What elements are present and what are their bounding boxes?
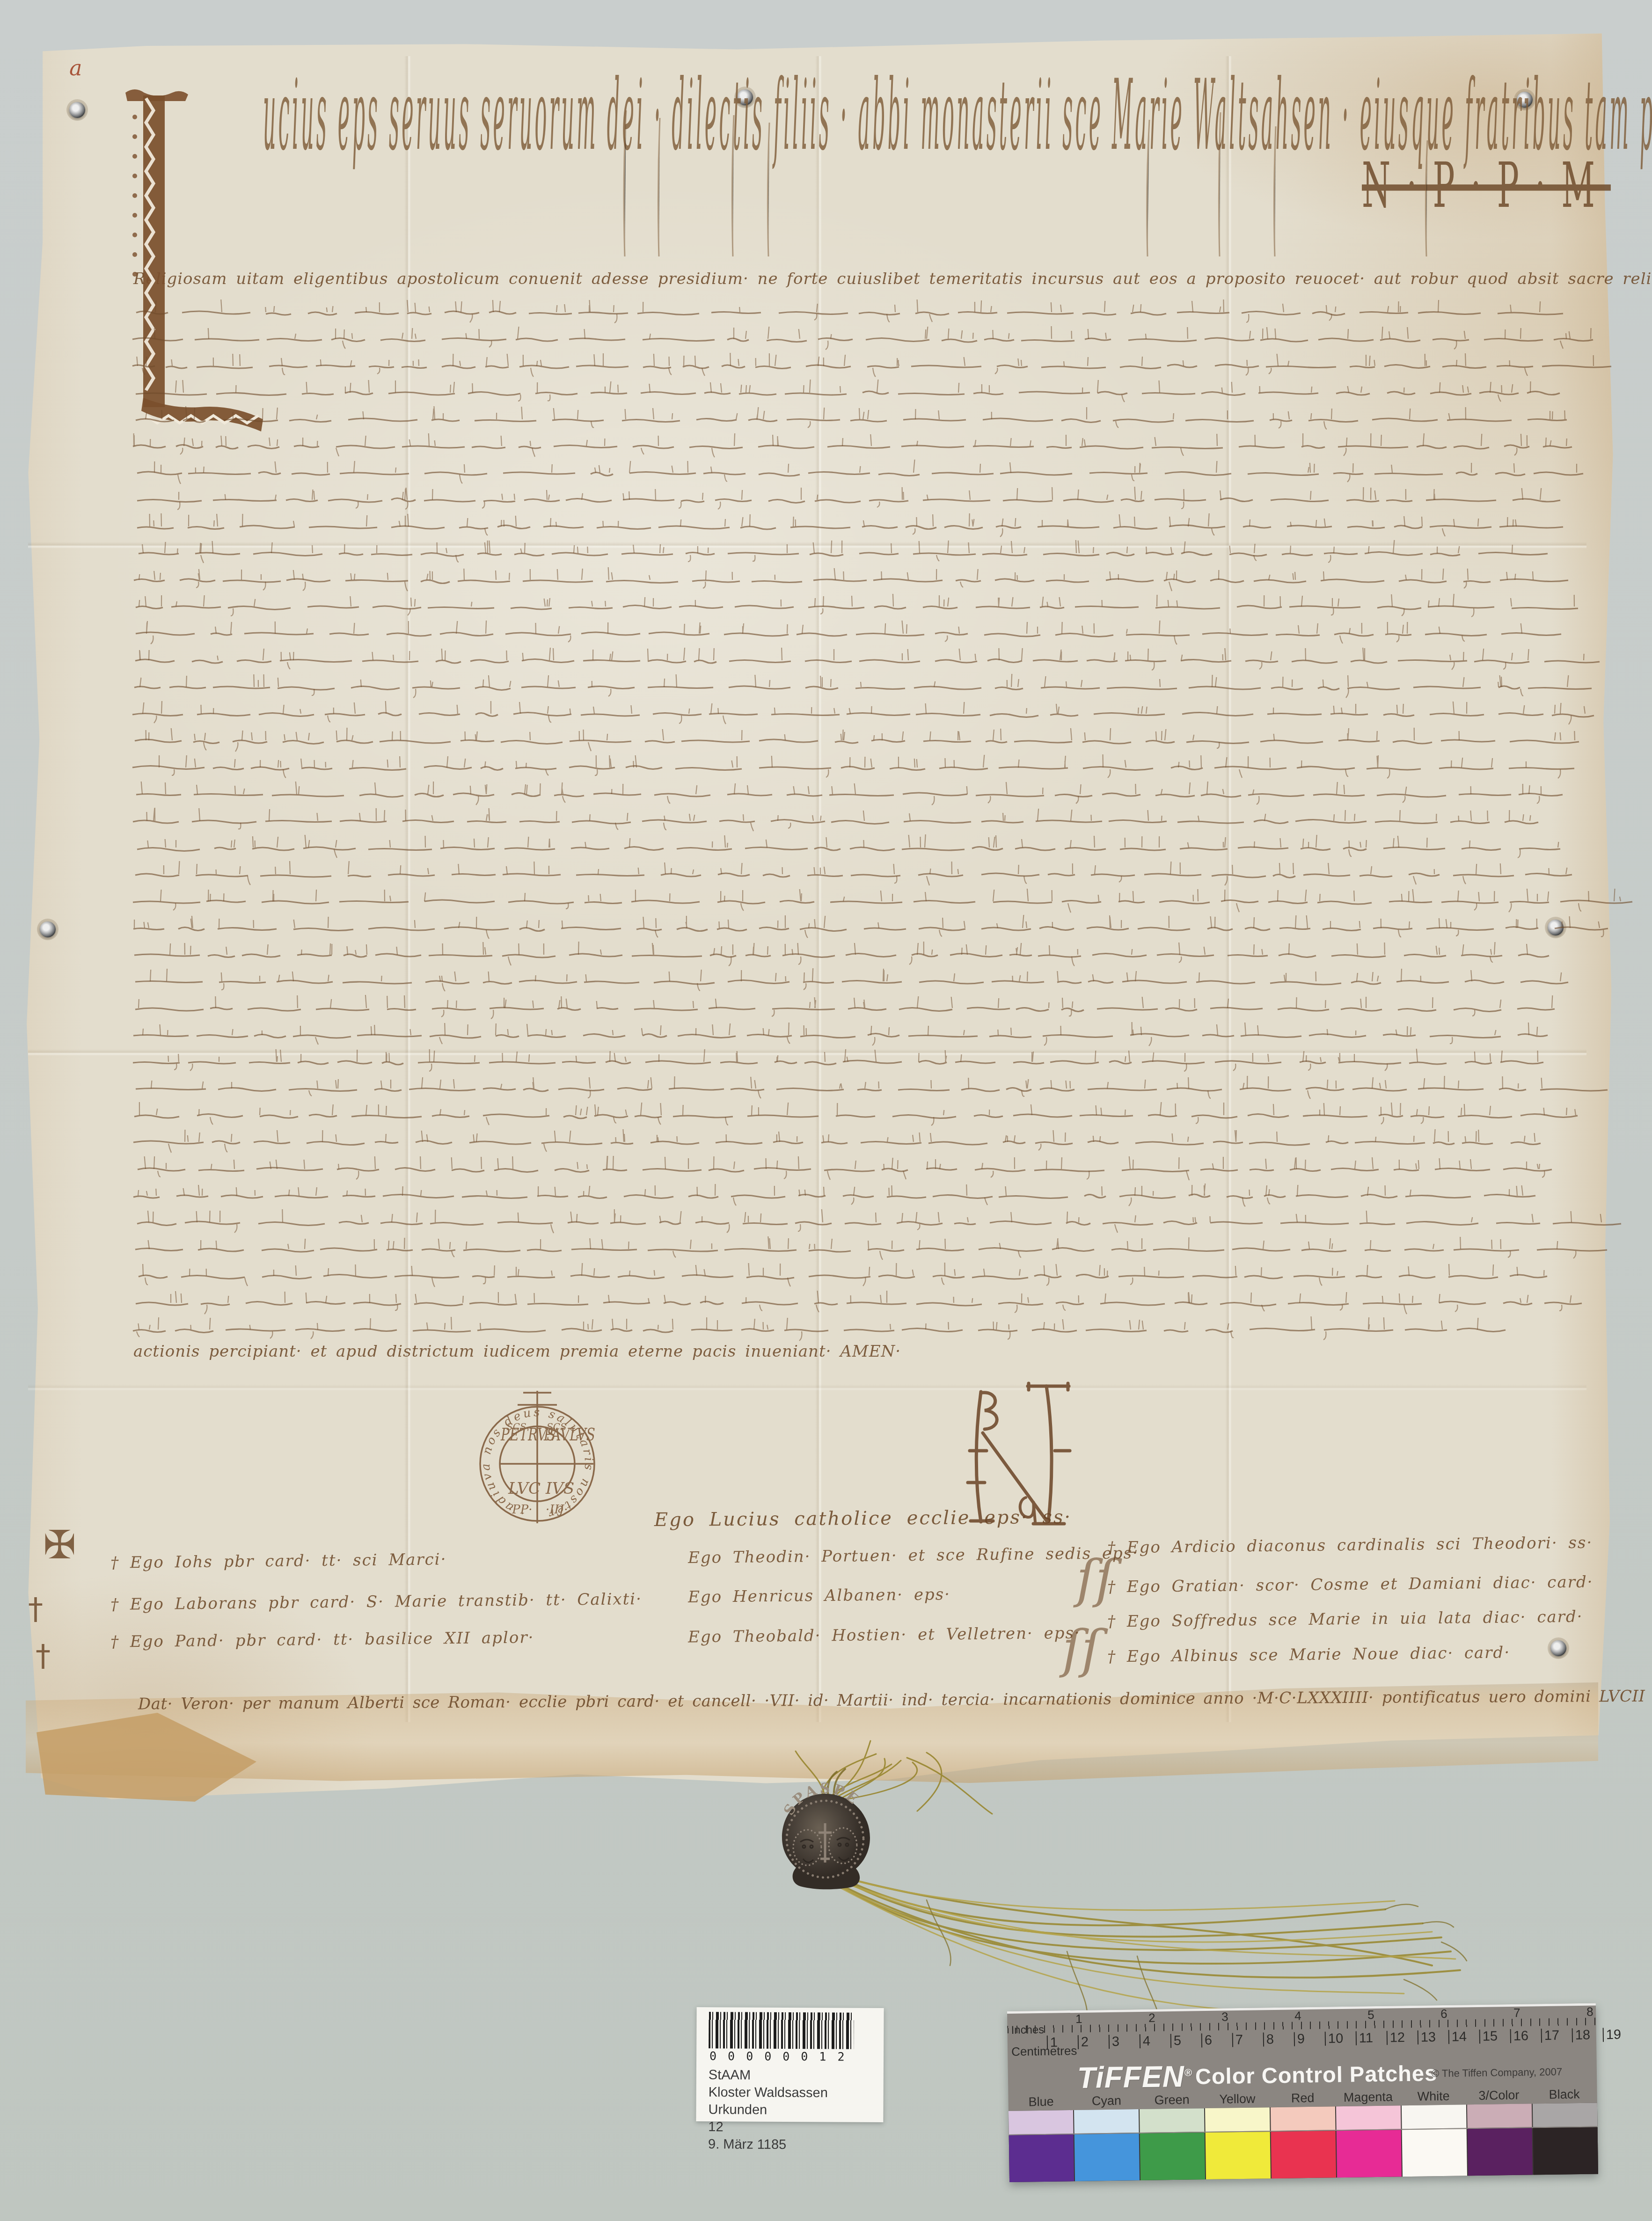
centimetre-number: 8 bbox=[1263, 2032, 1274, 2046]
centimetre-number: 10 bbox=[1325, 2031, 1344, 2046]
centimetre-number: 16 bbox=[1510, 2029, 1529, 2043]
svg-text:SPASPE: SPASPE bbox=[781, 1781, 863, 1819]
inch-number: 7 bbox=[1513, 2006, 1520, 2020]
pope-subscription-line: Ego Lucius catholice ecclie eps· ss· bbox=[654, 1506, 1072, 1531]
archive-label: 00000012 StAAM Kloster Waldsassen Urkund… bbox=[696, 2007, 884, 2122]
centimetres-label: Centimetres bbox=[1011, 2044, 1077, 2059]
signature-line: Ego Henricus Albanen· eps· bbox=[688, 1585, 950, 1607]
archival-letter-mark: a bbox=[69, 55, 82, 80]
body-text-first-line: Religiosam uitam eligentibus apostolicum… bbox=[133, 270, 1652, 288]
tiffen-logo: TiFFEN® bbox=[1077, 2059, 1192, 2095]
fold-crease-vertical bbox=[815, 56, 822, 1722]
centimetre-number: 12 bbox=[1387, 2031, 1405, 2045]
fold-crease-horizontal bbox=[28, 542, 1586, 548]
body-text-closing-line: actionis percipiant· et apud districtum … bbox=[133, 1342, 901, 1361]
inch-number: 6 bbox=[1440, 2007, 1447, 2021]
patch-label: Yellow bbox=[1205, 2091, 1270, 2107]
color-patch-green bbox=[1140, 2108, 1205, 2133]
color-patch-3-color bbox=[1467, 2104, 1532, 2128]
color-patch-white bbox=[1402, 2104, 1467, 2129]
centimetre-number: 14 bbox=[1448, 2030, 1467, 2044]
fold-crease-vertical bbox=[1225, 56, 1232, 1722]
centimetre-number: 11 bbox=[1356, 2031, 1374, 2046]
centimetre-number: 6 bbox=[1201, 2033, 1213, 2047]
label-fonds-name: Kloster Waldsassen Urkunden bbox=[708, 2084, 883, 2119]
patch-label: White bbox=[1401, 2089, 1466, 2104]
color-patch-yellow bbox=[1206, 2132, 1271, 2179]
centimetre-number: 9 bbox=[1294, 2032, 1305, 2046]
centimetre-number: 17 bbox=[1541, 2029, 1560, 2043]
centimetre-number: 19 bbox=[1603, 2028, 1622, 2042]
barcode bbox=[709, 2012, 854, 2049]
ruler-strip: Inches Centimetres 123456781234567891011… bbox=[1007, 2005, 1596, 2060]
color-patch-blue bbox=[1009, 2110, 1074, 2134]
lead-seal-bulla: SPASPE bbox=[781, 1781, 870, 1890]
color-patch-magenta bbox=[1337, 2130, 1402, 2177]
mounting-eyelet bbox=[1548, 920, 1564, 935]
centimetre-number: 18 bbox=[1572, 2028, 1591, 2043]
patch-label: Magenta bbox=[1335, 2089, 1401, 2105]
seal-legend: SPASPE bbox=[781, 1781, 863, 1819]
mounting-eyelet bbox=[1550, 1640, 1566, 1656]
label-archive-name: StAAM bbox=[709, 2067, 884, 2085]
inch-number: 1 bbox=[1075, 2012, 1082, 2026]
inch-ticks bbox=[1007, 2017, 1596, 2033]
fold-crease-horizontal bbox=[28, 1384, 1586, 1391]
color-patch-blue bbox=[1009, 2134, 1074, 2182]
centimetre-number: 15 bbox=[1479, 2029, 1498, 2044]
color-control-chart: Inches Centimetres 123456781234567891011… bbox=[1007, 2003, 1598, 2182]
inch-number: 3 bbox=[1221, 2009, 1228, 2024]
label-date: 9. März 1185 bbox=[708, 2136, 883, 2154]
centimetre-number: 2 bbox=[1078, 2035, 1089, 2049]
patch-label: Black bbox=[1532, 2087, 1597, 2103]
mounting-eyelet bbox=[40, 921, 56, 937]
fold-crease-horizontal bbox=[28, 1049, 1586, 1056]
patch-label: 3/Color bbox=[1466, 2088, 1532, 2104]
color-patch-magenta bbox=[1336, 2105, 1401, 2130]
color-patch-green bbox=[1140, 2133, 1205, 2180]
inch-number: 5 bbox=[1367, 2008, 1374, 2022]
color-patch-white bbox=[1402, 2129, 1467, 2177]
signature-line: † Ego Iohs pbr card· tt· sci Marci· bbox=[110, 1550, 447, 1572]
color-patch-cyan bbox=[1074, 2109, 1139, 2133]
color-patch-yellow bbox=[1205, 2107, 1270, 2132]
color-patch-black bbox=[1533, 2103, 1598, 2127]
seal-threads bbox=[796, 1741, 1467, 2038]
fold-crease-vertical bbox=[404, 56, 411, 1722]
centimetre-number: 7 bbox=[1232, 2033, 1243, 2047]
patch-label: Green bbox=[1139, 2092, 1205, 2108]
centimetre-number: 5 bbox=[1170, 2034, 1182, 2048]
patch-label: Red bbox=[1270, 2090, 1336, 2106]
inch-number: 8 bbox=[1586, 2005, 1594, 2019]
chart-title: Color Control Patches bbox=[1195, 2060, 1438, 2089]
centimetre-number: 1 bbox=[1047, 2035, 1058, 2049]
saturated-patches-row bbox=[1009, 2127, 1598, 2182]
inch-number: 4 bbox=[1294, 2009, 1301, 2023]
label-number: 12 bbox=[708, 2119, 883, 2137]
color-patch-cyan bbox=[1075, 2133, 1140, 2181]
in-perpetuum-flourish: N·P·P·M bbox=[1362, 149, 1611, 222]
color-patch-3-color bbox=[1468, 2128, 1533, 2176]
color-patch-red bbox=[1271, 2106, 1336, 2131]
patch-label: Blue bbox=[1008, 2094, 1074, 2110]
color-patch-red bbox=[1271, 2131, 1336, 2178]
color-patch-black bbox=[1533, 2127, 1598, 2175]
centimetre-number: 4 bbox=[1140, 2034, 1151, 2048]
mounting-eyelet bbox=[69, 102, 85, 118]
barcode-digits: 00000012 bbox=[709, 2049, 884, 2064]
chart-copyright: © The Tiffen Company, 2007 bbox=[1432, 2066, 1563, 2080]
patch-label: Cyan bbox=[1074, 2093, 1139, 2109]
centimetre-number: 3 bbox=[1109, 2035, 1120, 2049]
inch-number: 2 bbox=[1148, 2011, 1155, 2025]
centimetre-number: 13 bbox=[1418, 2030, 1436, 2045]
